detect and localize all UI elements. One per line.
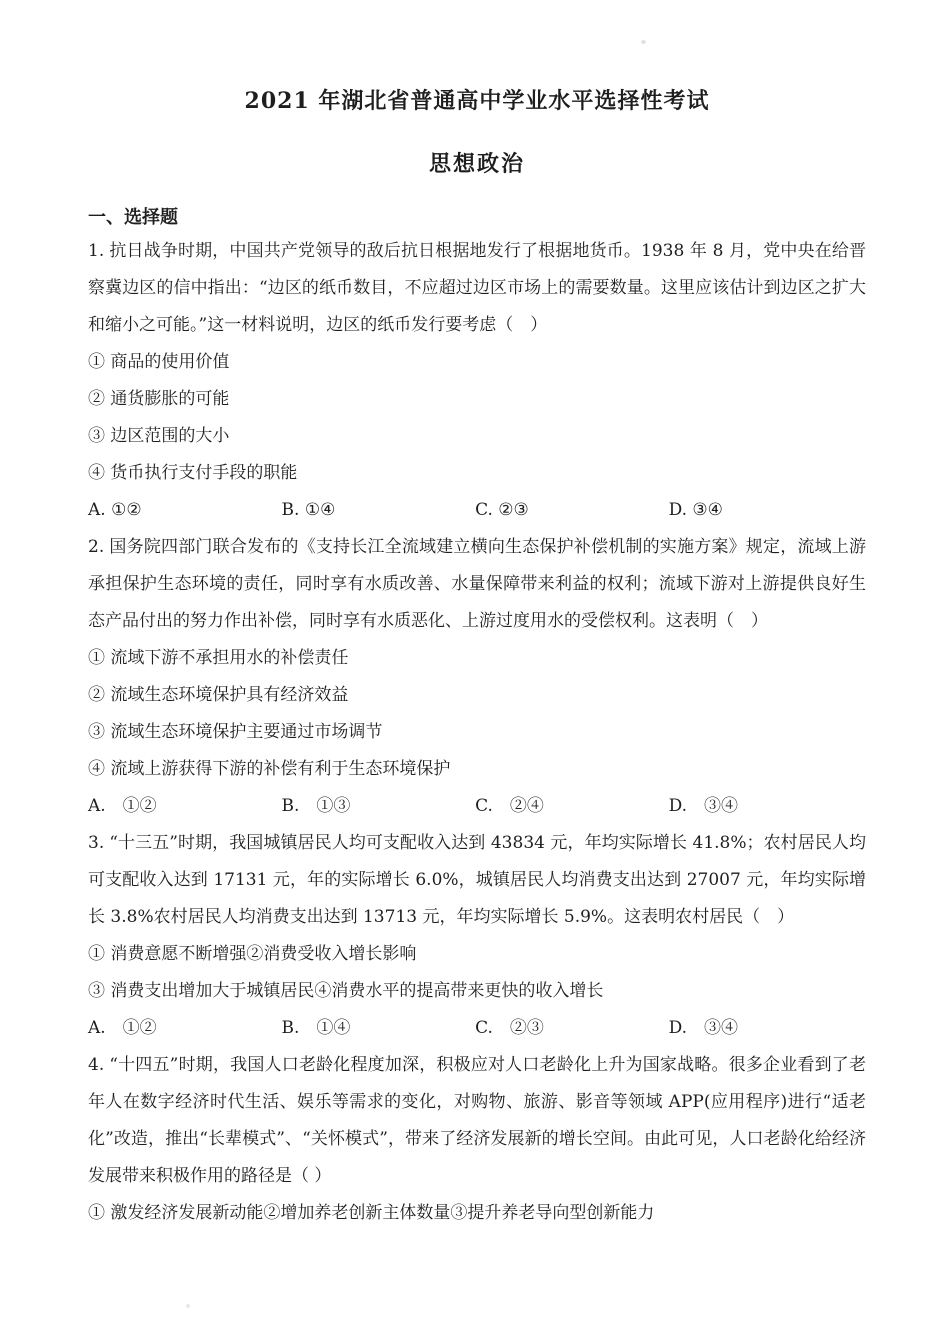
options-row: A. ①② B. ①④ C. ②③ D. ③④ xyxy=(88,1010,866,1047)
page-subtitle: 思想政治 xyxy=(88,149,866,179)
options-row: A. ①② B. ①③ C. ②④ D. ③④ xyxy=(88,788,866,825)
item-line: ③ 边区范围的大小 xyxy=(88,418,866,455)
option-b: B. ①④ xyxy=(282,492,476,529)
item-line: ① 消费意愿不断增强②消费受收入增长影响 xyxy=(88,936,866,973)
scan-artifact-dot xyxy=(641,40,646,44)
item-line: ② 流域生态环境保护具有经济效益 xyxy=(88,677,866,714)
question-stem-text: “十三五”时期，我国城镇居民人均可支配收入达到 43834 元，年均实际增长 4… xyxy=(88,833,866,927)
item-line: ① 激发经济发展新动能②增加养老创新主体数量③提升养老导向型创新能力 xyxy=(88,1195,866,1232)
option-a: A. ①② xyxy=(88,1010,282,1047)
question-stem-text: “十四五”时期，我国人口老龄化程度加深，积极应对人口老龄化上升为国家战略。很多企… xyxy=(88,1055,866,1186)
section-heading: 一、选择题 xyxy=(88,203,866,233)
option-d: D. ③④ xyxy=(669,1010,866,1047)
question-number: 1. xyxy=(88,241,104,261)
question-4: 4.“十四五”时期，我国人口老龄化程度加深，积极应对人口老龄化上升为国家战略。很… xyxy=(88,1047,866,1232)
option-d: D. ③④ xyxy=(669,788,866,825)
question-stem-text: 国务院四部门联合发布的《支持长江全流域建立横向生态保护补偿机制的实施方案》规定，… xyxy=(88,537,866,631)
option-c: C. ②③ xyxy=(475,1010,669,1047)
question-stem: 4.“十四五”时期，我国人口老龄化程度加深，积极应对人口老龄化上升为国家战略。很… xyxy=(88,1047,866,1195)
exam-page: 2021 年湖北省普通高中学业水平选择性考试 思想政治 一、选择题 1.抗日战争… xyxy=(0,0,950,1344)
options-row: A. ①② B. ①④ C. ②③ D. ③④ xyxy=(88,492,866,529)
question-stem: 2.国务院四部门联合发布的《支持长江全流域建立横向生态保护补偿机制的实施方案》规… xyxy=(88,529,866,640)
item-line: ③ 流域生态环境保护主要通过市场调节 xyxy=(88,714,866,751)
question-number: 3. xyxy=(88,833,104,853)
question-stem: 3.“十三五”时期，我国城镇居民人均可支配收入达到 43834 元，年均实际增长… xyxy=(88,825,866,936)
option-d: D. ③④ xyxy=(669,492,866,529)
page-title: 2021 年湖北省普通高中学业水平选择性考试 xyxy=(88,86,866,116)
question-stem-text: 抗日战争时期，中国共产党领导的敌后抗日根据地发行了根据地货币。1938 年 8 … xyxy=(88,241,866,335)
item-line: ③ 消费支出增加大于城镇居民④消费水平的提高带来更快的收入增长 xyxy=(88,973,866,1010)
option-b: B. ①③ xyxy=(282,788,476,825)
scan-artifact-dot xyxy=(186,1304,190,1308)
option-c: C. ②④ xyxy=(475,788,669,825)
option-a: A. ①② xyxy=(88,492,282,529)
question-number: 4. xyxy=(88,1055,104,1075)
option-a: A. ①② xyxy=(88,788,282,825)
option-b: B. ①④ xyxy=(282,1010,476,1047)
item-line: ④ 流域上游获得下游的补偿有利于生态环境保护 xyxy=(88,751,866,788)
question-number: 2. xyxy=(88,537,104,557)
option-c: C. ②③ xyxy=(475,492,669,529)
question-stem: 1.抗日战争时期，中国共产党领导的敌后抗日根据地发行了根据地货币。1938 年 … xyxy=(88,233,866,344)
item-line: ② 通货膨胀的可能 xyxy=(88,381,866,418)
item-line: ① 流域下游不承担用水的补偿责任 xyxy=(88,640,866,677)
item-line: ① 商品的使用价值 xyxy=(88,344,866,381)
question-1: 1.抗日战争时期，中国共产党领导的敌后抗日根据地发行了根据地货币。1938 年 … xyxy=(88,233,866,529)
question-3: 3.“十三五”时期，我国城镇居民人均可支配收入达到 43834 元，年均实际增长… xyxy=(88,825,866,1047)
question-2: 2.国务院四部门联合发布的《支持长江全流域建立横向生态保护补偿机制的实施方案》规… xyxy=(88,529,866,825)
item-line: ④ 货币执行支付手段的职能 xyxy=(88,455,866,492)
